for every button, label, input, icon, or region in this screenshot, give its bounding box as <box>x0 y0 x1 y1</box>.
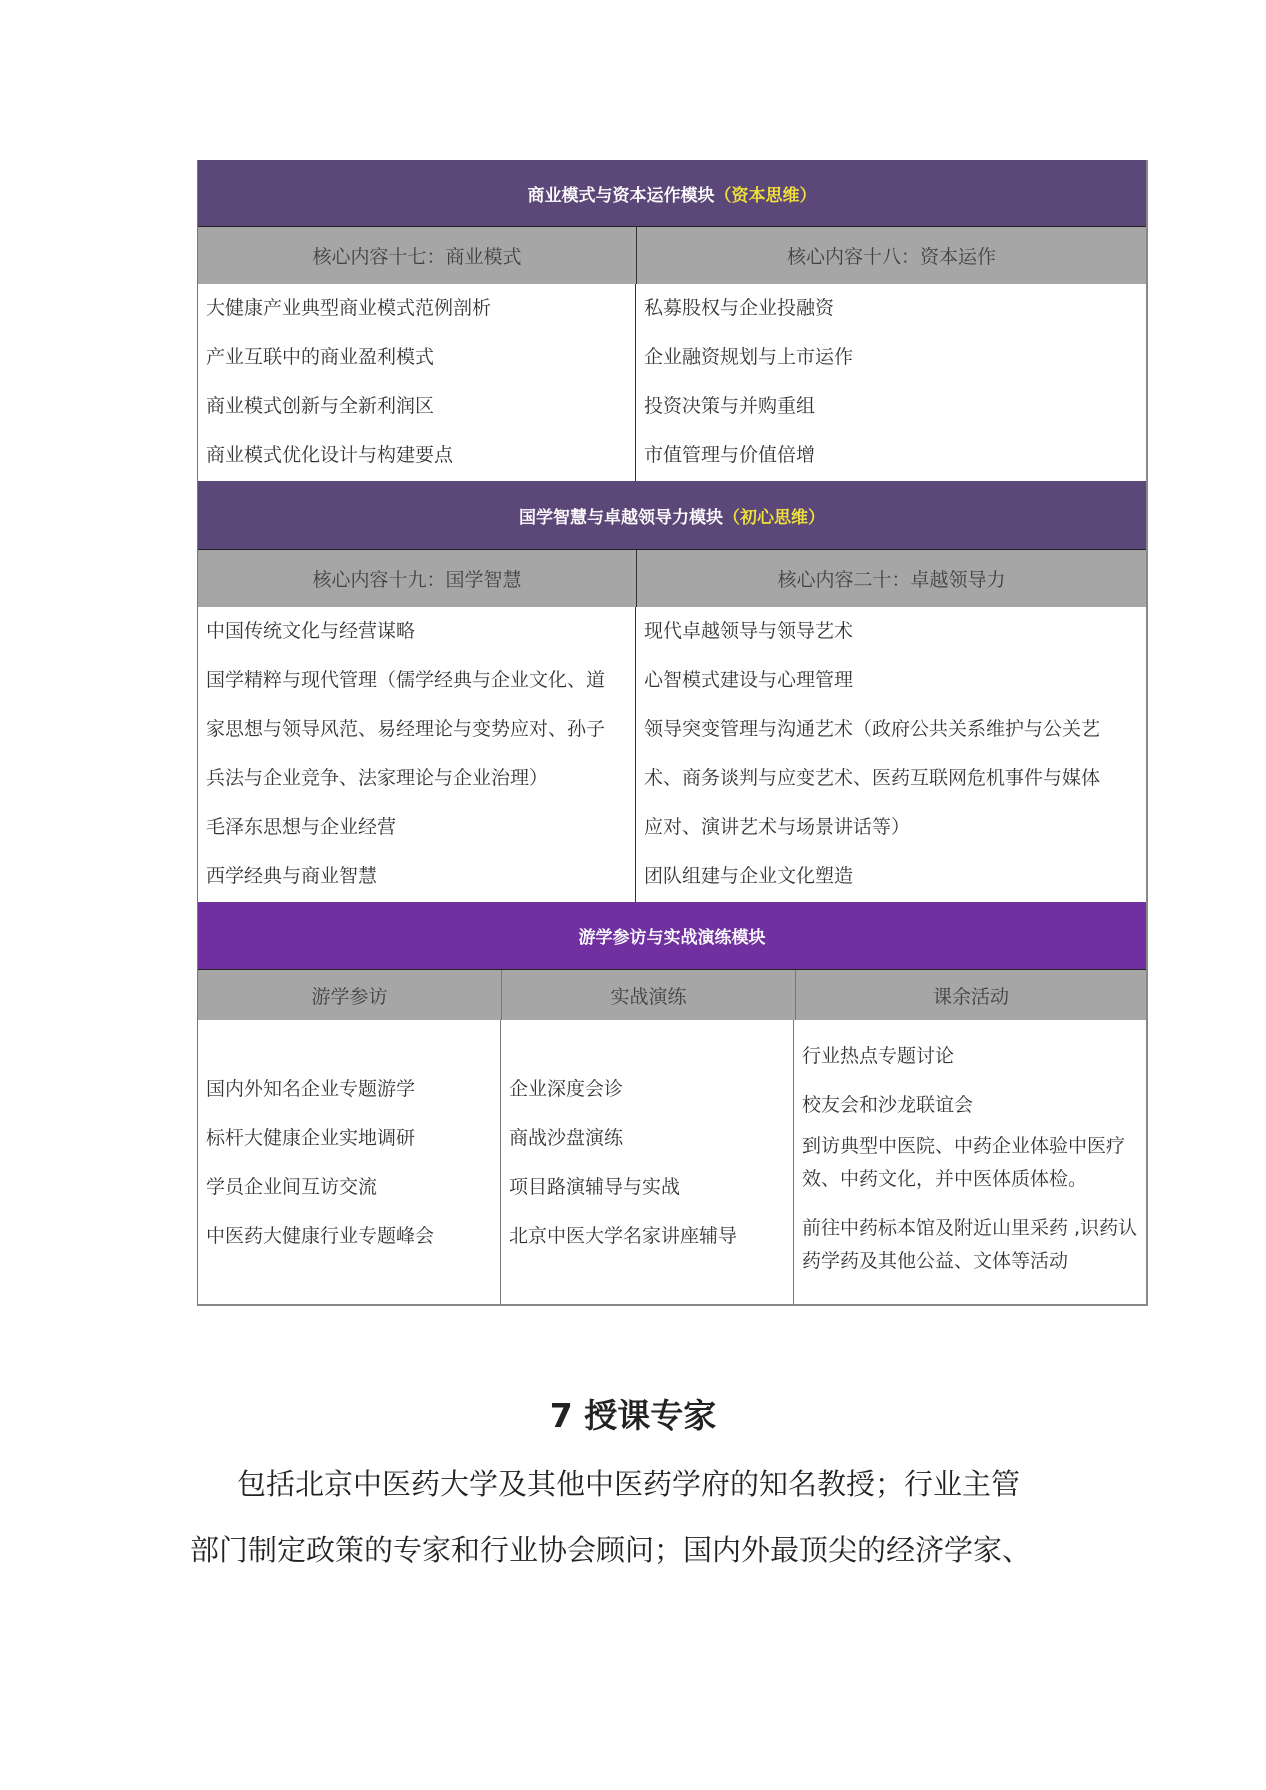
list-item: 西学经典与商业智慧 <box>198 852 635 901</box>
module-body-row: 中国传统文化与经营谋略 国学精粹与现代管理（儒学经典与企业文化、道 家思想与领导… <box>198 607 1146 902</box>
list-item: 中国传统文化与经营谋略 <box>198 607 635 656</box>
module-subheader-row: 游学参访 实战演练 课余活动 <box>198 970 1146 1020</box>
column-cell: 中国传统文化与经营谋略 国学精粹与现代管理（儒学经典与企业文化、道 家思想与领导… <box>198 607 636 902</box>
list-item: 兵法与企业竞争、法家理论与企业治理） <box>198 754 635 803</box>
section-heading: 7 授课专家 <box>0 1390 1266 1437</box>
list-item: 行业热点专题讨论 <box>794 1032 1146 1081</box>
column-header: 核心内容十七：商业模式 <box>198 227 637 284</box>
column-header: 实战演练 <box>502 970 796 1020</box>
list-item: 企业融资规划与上市运作 <box>636 333 1146 382</box>
list-item: 术、商务谈判与应变艺术、医药互联网危机事件与媒体 <box>636 754 1146 803</box>
list-item: 商战沙盘演练 <box>501 1114 793 1163</box>
module-subheader-row: 核心内容十九：国学智慧 核心内容二十：卓越领导力 <box>198 550 1146 607</box>
paragraph-line: 包括北京中医药大学及其他中医药学府的知名教授；行业主管 <box>237 1462 1020 1503</box>
module-title: 游学参访与实战演练模块 <box>579 923 766 948</box>
list-item: 前往中药标本馆及附近山里采药 ,识药认药学药及其他公益、文体等活动 <box>794 1212 1146 1278</box>
column-header: 核心内容十九：国学智慧 <box>198 550 637 607</box>
list-item: 市值管理与价值倍增 <box>636 431 1146 480</box>
list-item: 应对、演讲艺术与场景讲话等） <box>636 803 1146 852</box>
list-item: 商业模式优化设计与构建要点 <box>198 431 635 480</box>
list-item: 投资决策与并购重组 <box>636 382 1146 431</box>
list-item: 校友会和沙龙联谊会 <box>794 1081 1146 1130</box>
column-cell: 私募股权与企业投融资 企业融资规划与上市运作 投资决策与并购重组 市值管理与价值… <box>636 284 1146 481</box>
module-highlight: （资本思维） <box>715 181 817 206</box>
column-header: 核心内容十八：资本运作 <box>637 227 1146 284</box>
module-body-row: 国内外知名企业专题游学 标杆大健康企业实地调研 学员企业间互访交流 中医药大健康… <box>198 1020 1146 1304</box>
paragraph-line: 部门制定政策的专家和行业协会顾问；国内外最顶尖的经济学家、 <box>190 1528 1031 1569</box>
list-item: 企业深度会诊 <box>501 1065 793 1114</box>
list-item: 大健康产业典型商业模式范例剖析 <box>198 284 635 333</box>
module-header-study-tour-practice: 游学参访与实战演练模块 <box>198 902 1146 970</box>
column-cell: 国内外知名企业专题游学 标杆大健康企业实地调研 学员企业间互访交流 中医药大健康… <box>198 1020 501 1304</box>
list-item: 毛泽东思想与企业经营 <box>198 803 635 852</box>
column-header: 课余活动 <box>796 970 1146 1020</box>
list-item: 现代卓越领导与领导艺术 <box>636 607 1146 656</box>
list-item: 国学精粹与现代管理（儒学经典与企业文化、道 <box>198 656 635 705</box>
list-item: 学员企业间互访交流 <box>198 1163 500 1212</box>
module-header-business-capital: 商业模式与资本运作模块（资本思维） <box>198 160 1146 227</box>
list-item: 心智模式建设与心理管理 <box>636 656 1146 705</box>
list-item: 领导突变管理与沟通艺术（政府公共关系维护与公关艺 <box>636 705 1146 754</box>
list-item: 项目路演辅导与实战 <box>501 1163 793 1212</box>
column-cell: 企业深度会诊 商战沙盘演练 项目路演辅导与实战 北京中医大学名家讲座辅导 <box>501 1020 794 1304</box>
list-item: 到访典型中医院、中药企业体验中医疗效、中药文化，并中医体质体检。 <box>794 1130 1146 1196</box>
column-header: 核心内容二十：卓越领导力 <box>637 550 1146 607</box>
module-body-row: 大健康产业典型商业模式范例剖析 产业互联中的商业盈利模式 商业模式创新与全新利润… <box>198 284 1146 481</box>
list-item: 产业互联中的商业盈利模式 <box>198 333 635 382</box>
list-item: 中医药大健康行业专题峰会 <box>198 1212 500 1261</box>
module-subheader-row: 核心内容十七：商业模式 核心内容十八：资本运作 <box>198 227 1146 284</box>
module-header-guoxue-leadership: 国学智慧与卓越领导力模块（初心思维） <box>198 481 1146 550</box>
module-highlight: （初心思维） <box>723 503 825 528</box>
list-item: 家思想与领导风范、易经理论与变势应对、孙子 <box>198 705 635 754</box>
list-item: 私募股权与企业投融资 <box>636 284 1146 333</box>
module-title: 商业模式与资本运作模块 <box>528 181 715 206</box>
list-item: 国内外知名企业专题游学 <box>198 1065 500 1114</box>
list-item: 北京中医大学名家讲座辅导 <box>501 1212 793 1261</box>
list-item: 标杆大健康企业实地调研 <box>198 1114 500 1163</box>
column-header: 游学参访 <box>198 970 502 1020</box>
list-item: 团队组建与企业文化塑造 <box>636 852 1146 901</box>
column-cell: 行业热点专题讨论 校友会和沙龙联谊会 到访典型中医院、中药企业体验中医疗效、中药… <box>794 1020 1146 1304</box>
module-title: 国学智慧与卓越领导力模块 <box>519 503 723 528</box>
column-cell: 现代卓越领导与领导艺术 心智模式建设与心理管理 领导突变管理与沟通艺术（政府公共… <box>636 607 1146 902</box>
list-item: 商业模式创新与全新利润区 <box>198 382 635 431</box>
curriculum-table: 商业模式与资本运作模块（资本思维） 核心内容十七：商业模式 核心内容十八：资本运… <box>197 160 1148 1306</box>
column-cell: 大健康产业典型商业模式范例剖析 产业互联中的商业盈利模式 商业模式创新与全新利润… <box>198 284 636 481</box>
